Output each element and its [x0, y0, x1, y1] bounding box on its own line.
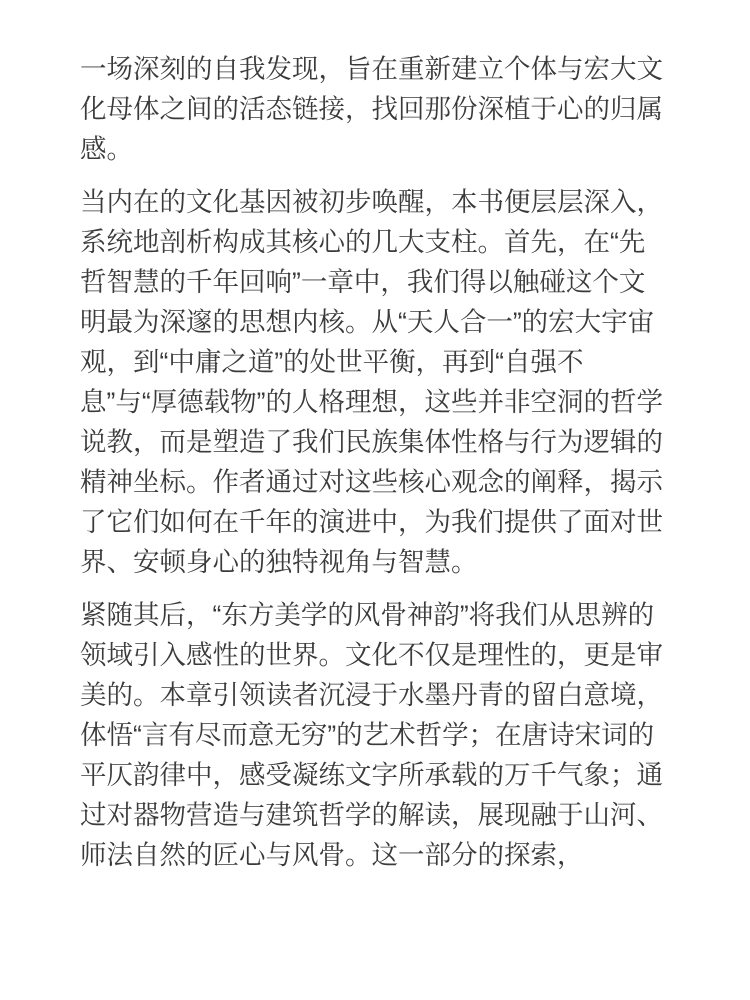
paragraph-1: 一场深刻的自我发现，旨在重新建立个体与宏大文化母体之间的活态链接，找回那份深植于…: [80, 49, 666, 169]
paragraph-2: 当内在的文化基因被初步唤醒，本书便层层深入，系统地剖析构成其核心的几大支柱。首先…: [80, 182, 666, 582]
article-body: 一场深刻的自我发现，旨在重新建立个体与宏大文化母体之间的活态链接，找回那份深植于…: [80, 49, 666, 888]
document-page: 一场深刻的自我发现，旨在重新建立个体与宏大文化母体之间的活态链接，找回那份深植于…: [0, 0, 750, 1000]
paragraph-3: 紧随其后，“东方美学的风骨神韵”将我们从思辨的领域引入感性的世界。文化不仅是理性…: [80, 595, 666, 875]
